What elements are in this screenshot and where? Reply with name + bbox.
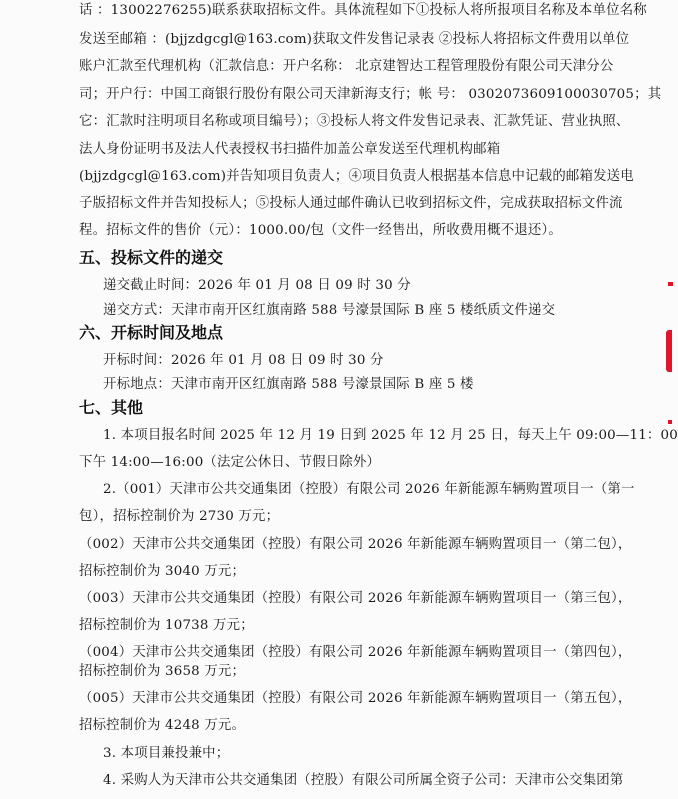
section-heading-other: 七、其他	[79, 398, 143, 418]
package-002-price: 招标控制价为 3040 万元；	[79, 563, 245, 581]
body-line: 法人身份证明书及法人代表授权书扫描件加盖公章发送至代理机构邮箱	[79, 141, 500, 159]
opening-time: 开标时间：2026 年 01 月 08 日 09 时 30 分	[103, 352, 384, 370]
body-line: 发送至邮箱 ：(bjjzdgcgl@163.com)获取文件发售记录表 ②投标人…	[79, 31, 629, 49]
package-003-price: 招标控制价为 10738 万元；	[79, 617, 254, 635]
package-005-title: （005）天津市公共交通集团（控股）有限公司 2026 年新能源车辆购置项目一（…	[79, 690, 632, 708]
package-005-price: 招标控制价为 4248 万元。	[79, 717, 245, 735]
opening-place: 开标地点：天津市南开区红旗南路 588 号濠景国际 B 座 5 楼	[103, 376, 474, 394]
item4-line: 4. 采购人为天津市公共交通集团（控股）有限公司所属全资子公司：天津市公交集团第	[103, 772, 623, 790]
package-004-price: 招标控制价为 3658 万元；	[79, 663, 245, 681]
package-002-title: （002）天津市公共交通集团（控股）有限公司 2026 年新能源车辆购置项目一（…	[79, 536, 632, 554]
submission-deadline: 递交截止时间：2026 年 01 月 08 日 09 时 30 分	[103, 277, 411, 295]
body-line: 话 ：13002276255)联系获取招标文件。具体流程如下①投标人将所报项目名…	[79, 2, 647, 20]
scanned-document-page: 话 ：13002276255)联系获取招标文件。具体流程如下①投标人将所报项目名…	[0, 0, 678, 799]
body-line: (bjjzdgcgl@163.com)并告知项目负责人；④项目负责人根据基本信息…	[79, 168, 634, 186]
submission-method: 递交方式：天津市南开区红旗南路 588 号濠景国际 B 座 5 楼纸质文件递交	[103, 302, 555, 320]
seal-fragment-mark	[668, 282, 673, 286]
package-001-title: 2.（001）天津市公共交通集团（控股）有限公司 2026 年新能源车辆购置项目…	[103, 481, 635, 499]
seal-fragment-icon	[666, 330, 672, 372]
package-004-title: （004）天津市公共交通集团（控股）有限公司 2026 年新能源车辆购置项目一（…	[79, 644, 632, 662]
section-heading-opening: 六、开标时间及地点	[79, 323, 223, 343]
seal-fragment-mark	[668, 420, 672, 424]
registration-time-line1: 1. 本项目报名时间 2025 年 12 月 19 日到 2025 年 12 月…	[103, 427, 678, 445]
body-line: 司；开户行：中国工商银行股份有限公司天津新海支行；帐 号： 0302073609…	[79, 86, 661, 104]
body-line: 程。招标文件的售价（元）：1000.00/包（文件一经售出，所收费用概不退还）。	[79, 222, 562, 240]
section-heading-submission: 五、投标文件的递交	[79, 248, 223, 268]
package-003-title: （003）天津市公共交通集团（控股）有限公司 2026 年新能源车辆购置项目一（…	[79, 590, 632, 608]
package-001-price: 包），招标控制价为 2730 万元；	[79, 508, 279, 526]
item3-line: 3. 本项目兼投兼中；	[103, 745, 229, 763]
body-line: 子版招标文件并告知投标人；⑤投标人通过邮件确认已收到招标文件，完成获取招标文件流	[79, 195, 623, 213]
body-line: 它：汇款时注明项目名称或项目编号）；③投标人将文件发售记录表、汇款凭证、营业执照…	[79, 113, 630, 131]
body-line: 账户汇款至代理机构（汇款信息：开户名称： 北京建智达工程管理股份有限公司天津分公	[79, 58, 614, 76]
registration-time-line2: 下午 14:00—16:00（法定公休日、节假日除外）	[79, 454, 380, 472]
